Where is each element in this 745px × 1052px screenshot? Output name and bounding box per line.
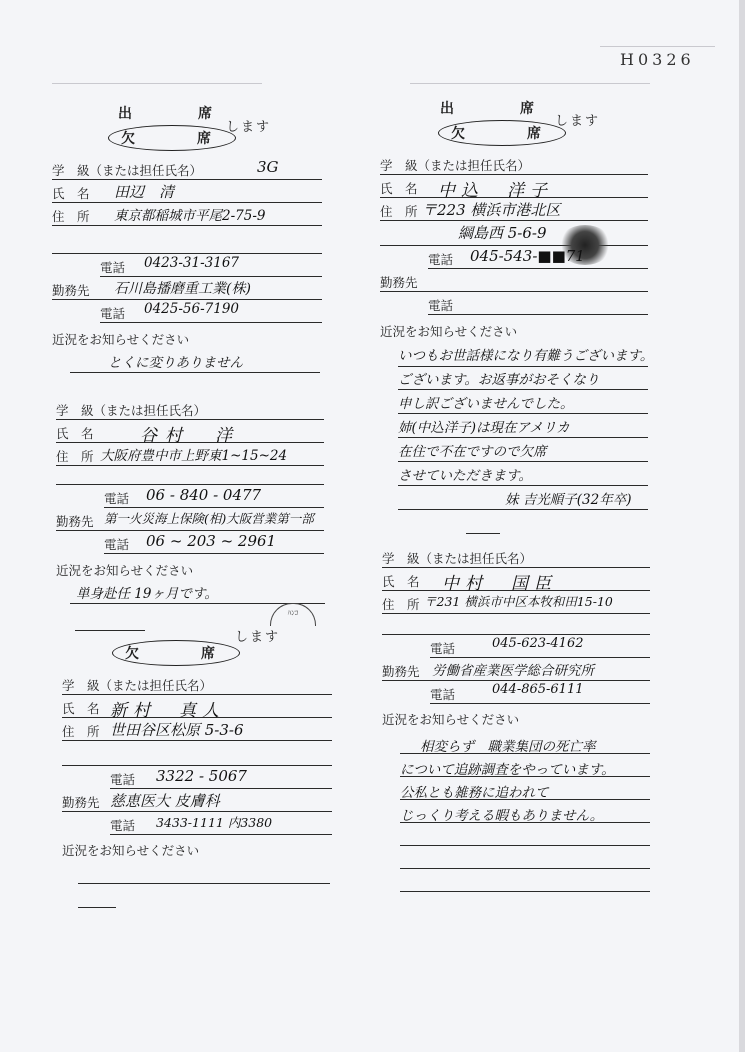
news-label: 近況をお知らせください (380, 322, 517, 340)
address-value: 東京都稲城市平尾2-75-9 (114, 204, 265, 224)
news-line: 在住で不在ですので欠席 (398, 440, 547, 460)
news-label: 近況をお知らせください (56, 561, 193, 579)
news-rule (400, 868, 650, 869)
address-label: 住 所 (62, 722, 100, 740)
workplace-row: 勤務先 (380, 269, 648, 292)
class-value: 3G (257, 158, 279, 176)
phone-label: 電話 (100, 258, 125, 276)
work-phone-value: 3433-1111 内3380 (156, 813, 272, 831)
phone-label: 電話 (104, 489, 129, 507)
divider (410, 83, 650, 84)
news-line: とくに変りありません (108, 351, 243, 371)
class-row: 学 級（または担任氏名） (56, 397, 324, 420)
name-label: 氏 名 (380, 179, 418, 197)
news-line: 公私とも雑務に追われて (400, 781, 549, 801)
class-label: 学 級（または担任氏名） (380, 156, 530, 174)
address-row: 住 所 東京都稲城市平尾2-75-9 (52, 203, 322, 226)
phone-value: 06 - 840 - 0477 (146, 486, 261, 504)
address-label: 住 所 (56, 447, 94, 465)
document-id: H0326 (620, 50, 695, 69)
workplace-label: 勤務先 (62, 793, 100, 811)
work-phone-label: 電話 (104, 535, 129, 553)
address-value: 世田谷区松原 5-3-6 (110, 719, 244, 740)
address-label: 住 所 (52, 207, 90, 225)
news-line: じっくり考える暇もありません。 (400, 804, 603, 824)
workplace-value: 慈恵医大 皮膚科 (110, 790, 220, 811)
class-row: 学 級（または担任氏名） (62, 672, 332, 695)
workplace-value: 第一火災海上保険(相)大阪営業第一部 (104, 509, 314, 527)
name-row: 氏 名 谷村 洋 (56, 420, 324, 443)
news-rule (398, 485, 648, 486)
phone-value: 045-543-■■71 (470, 247, 585, 265)
phone-value: 3322 - 5067 (156, 767, 247, 785)
news-line: について追跡調査をやっています。 (400, 758, 615, 778)
workplace-row: 勤務先 労働省産業医学総合研究所 (382, 658, 650, 681)
divider (600, 46, 715, 47)
workplace-row: 勤務先 第一火災海上保険(相)大阪営業第一部 (56, 508, 324, 531)
news-line: いつもお世話様になり有難うございます。 (398, 344, 653, 364)
workplace-label: 勤務先 (56, 512, 94, 530)
workplace-row: 勤務先 慈恵医大 皮膚科 (62, 789, 332, 812)
work-phone-row: 電話 044-865-6111 (430, 681, 650, 704)
news-rule (400, 753, 650, 754)
name-row: 氏 名 新村 真人 (62, 695, 332, 718)
phone-row: 電話 045-623-4162 (430, 635, 650, 658)
news-label: 近況をお知らせください (62, 841, 199, 859)
news-line: 申し訳ございませんでした。 (398, 392, 574, 412)
class-label: 学 級（または担任氏名） (382, 549, 532, 567)
news-rule (398, 509, 648, 510)
news-rule (400, 799, 650, 800)
phone-label: 電話 (430, 639, 455, 657)
absent-option-circled: 欠 席 (112, 640, 240, 666)
attend-option: 出 席 (440, 98, 560, 118)
work-phone-value: 0425-56-7190 (144, 301, 239, 317)
news-line: させていただきます。 (398, 464, 532, 484)
news-rule (78, 883, 330, 884)
news-line: 姉(中込洋子)は現在アメリカ (398, 416, 570, 436)
postmark-stamp: ﾊﾝｺ (270, 603, 316, 626)
workplace-label: 勤務先 (382, 662, 420, 680)
address-row: 住 所 世田谷区松原 5-3-6 (62, 718, 332, 741)
attend-option: 出 席 (118, 103, 238, 123)
news-line: 相変らず 職業集団の死亡率 (420, 735, 596, 755)
phone-row: 電話 0423-31-3167 (100, 254, 322, 277)
work-phone-label: 電話 (110, 816, 135, 834)
phone-value: 045-623-4162 (492, 636, 584, 651)
news-rule-short (78, 907, 116, 908)
workplace-label: 勤務先 (380, 273, 418, 291)
work-phone-label: 電話 (430, 685, 455, 703)
news-rule (400, 845, 650, 846)
news-rule (398, 389, 648, 390)
divider (466, 533, 500, 534)
name-row: 氏 名 中込 洋子 (380, 175, 648, 198)
divider (52, 83, 262, 84)
absent-option-circled: 欠 席 (438, 120, 566, 146)
news-line: ございます。お返事がおそくなり (398, 368, 599, 388)
news-rule (398, 413, 648, 414)
news-rule (400, 776, 650, 777)
news-label: 近況をお知らせください (382, 710, 519, 728)
workplace-row: 勤務先 石川島播磨重工業(株) (52, 277, 322, 300)
news-rule (70, 372, 320, 373)
address-label: 住 所 (380, 202, 418, 220)
phone-row: 電話 045-543-■■71 (428, 246, 648, 269)
address-value-2: 綱島西 5-6-9 (458, 222, 547, 243)
class-row: 学 級（または担任氏名） (382, 545, 650, 568)
work-phone-row: 電話 06 ~ 203 ~ 2961 (104, 531, 324, 554)
news-line: 単身赴任 19ヶ月です。 (76, 582, 218, 602)
class-label: 学 級（または担任氏名） (62, 676, 212, 694)
address-row: 住 所 〒223 横浜市港北区 (380, 198, 648, 221)
work-phone-label: 電話 (428, 296, 453, 314)
address-value: 〒223 横浜市港北区 (422, 199, 560, 220)
phone-label: 電話 (110, 770, 135, 788)
class-label: 学 級（または担任氏名） (56, 401, 206, 419)
phone-label: 電話 (428, 250, 453, 268)
work-phone-value: 044-865-6111 (492, 682, 584, 697)
class-label: 学 級（または担任氏名） (52, 161, 202, 179)
divider (75, 630, 145, 631)
phone-row: 電話 3322 - 5067 (110, 766, 332, 789)
workplace-label: 勤務先 (52, 281, 90, 299)
name-row: 氏 名 田辺 清 (52, 180, 322, 203)
news-rule (400, 891, 650, 892)
name-label: 氏 名 (382, 572, 420, 590)
name-value: 田辺 清 (114, 181, 174, 202)
shimasu-label: します (226, 116, 271, 135)
address-row: 住 所 〒231 横浜市中区本牧和田15-10 (382, 591, 650, 614)
absent-option-circled: 欠 席 (108, 125, 236, 151)
address-row: 住 所 大阪府豊中市上野東1~15~24 (56, 443, 324, 466)
class-row: 学 級（または担任氏名） (380, 152, 648, 175)
name-label: 氏 名 (56, 424, 94, 442)
class-row: 学 級（または担任氏名） 3G (52, 157, 322, 180)
name-row: 氏 名 中村 国臣 (382, 568, 650, 591)
page-edge (739, 0, 745, 1052)
name-label: 氏 名 (52, 184, 90, 202)
work-phone-row: 電話 0425-56-7190 (100, 300, 322, 323)
address-value: 〒231 横浜市中区本牧和田15-10 (424, 592, 613, 610)
work-phone-value: 06 ~ 203 ~ 2961 (146, 532, 276, 550)
address-label: 住 所 (382, 595, 420, 613)
work-phone-row: 電話 (428, 292, 648, 315)
news-label: 近況をお知らせください (52, 330, 189, 348)
work-phone-label: 電話 (100, 304, 125, 322)
shimasu-label: します (235, 626, 280, 645)
phone-value: 0423-31-3167 (144, 255, 239, 271)
news-rule (400, 822, 650, 823)
name-label: 氏 名 (62, 699, 100, 717)
news-rule (398, 461, 648, 462)
news-signature: 妹 吉光順子(32年卒) (505, 488, 632, 508)
phone-row: 電話 06 - 840 - 0477 (104, 485, 324, 508)
workplace-value: 石川島播磨重工業(株) (114, 278, 251, 298)
news-rule (398, 437, 648, 438)
work-phone-row: 電話 3433-1111 内3380 (110, 812, 332, 835)
workplace-value: 労働省産業医学総合研究所 (432, 659, 594, 679)
address-value: 大阪府豊中市上野東1~15~24 (100, 444, 287, 464)
shimasu-label: します (555, 110, 600, 129)
